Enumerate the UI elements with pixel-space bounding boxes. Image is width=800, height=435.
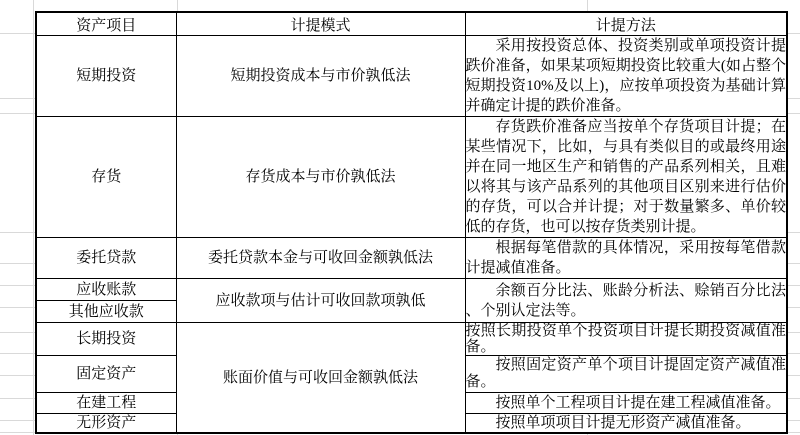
asset-cell: 长期投资	[36, 323, 176, 356]
asset-cell: 短期投资	[36, 36, 176, 117]
mode-cell: 委托贷款本金与可收回金额孰低法	[176, 238, 465, 279]
mode-cell: 账面价值与可收回金额孰低法	[176, 323, 465, 434]
asset-cell: 委托贷款	[36, 238, 176, 279]
method-cell: 采用按投资总体、投资类别或单项投资计提跌价准备，如果某项短期投资比较重大(如占整…	[465, 36, 787, 117]
spreadsheet-background: 资产项目 计提模式 计提方法 短期投资 短期投资成本与市价孰低法 采用按投资总体…	[0, 0, 800, 435]
column-header-asset: 资产项目	[36, 12, 176, 36]
method-cell: 按照单项项目计提无形资产减值准备。	[465, 414, 787, 434]
mode-cell: 短期投资成本与市价孰低法	[176, 36, 465, 117]
column-header-method: 计提方法	[465, 12, 787, 36]
table-row: 应收账款 应收款项与估计可收回款项孰低 余额百分比法、账龄分析法、赊销百分比法、…	[36, 279, 787, 301]
table-row: 短期投资 短期投资成本与市价孰低法 采用按投资总体、投资类别或单项投资计提跌价准…	[36, 36, 787, 117]
asset-cell: 存货	[36, 117, 176, 238]
table-header-row: 资产项目 计提模式 计提方法	[36, 12, 787, 36]
impairment-provision-table: 资产项目 计提模式 计提方法 短期投资 短期投资成本与市价孰低法 采用按投资总体…	[35, 11, 788, 434]
asset-cell: 应收账款	[36, 279, 176, 301]
asset-cell: 固定资产	[36, 356, 176, 393]
sheet-gridline-vertical	[33, 0, 34, 435]
table-row: 长期投资 账面价值与可收回金额孰低法 按照长期投资单个投资项目计提长期投资减值准…	[36, 323, 787, 356]
method-cell: 根据每笔借款的具体情况，采用按每笔借款计提减值准备。	[465, 238, 787, 279]
mode-cell: 存货成本与市价孰低法	[176, 117, 465, 238]
method-cell: 余额百分比法、账龄分析法、赊销百分比法、个别认定法等。	[465, 279, 787, 323]
method-cell: 按照长期投资单个投资项目计提长期投资减值准备。	[465, 323, 787, 356]
column-header-mode: 计提模式	[176, 12, 465, 36]
table-row: 存货 存货成本与市价孰低法 存货跌价准备应当按单个存货项目计提；在某些情况下，比…	[36, 117, 787, 238]
asset-cell: 无形资产	[36, 414, 176, 434]
method-cell: 存货跌价准备应当按单个存货项目计提；在某些情况下，比如，与具有类似目的或最终用途…	[465, 117, 787, 238]
mode-cell: 应收款项与估计可收回款项孰低	[176, 279, 465, 323]
method-cell: 按照固定资产单个项目计提固定资产减值准备。	[465, 356, 787, 393]
asset-cell: 在建工程	[36, 393, 176, 414]
table-row: 委托贷款 委托贷款本金与可收回金额孰低法 根据每笔借款的具体情况，采用按每笔借款…	[36, 238, 787, 279]
asset-cell: 其他应收款	[36, 301, 176, 323]
method-cell: 按照单个工程项目计提在建工程减值准备。	[465, 393, 787, 414]
